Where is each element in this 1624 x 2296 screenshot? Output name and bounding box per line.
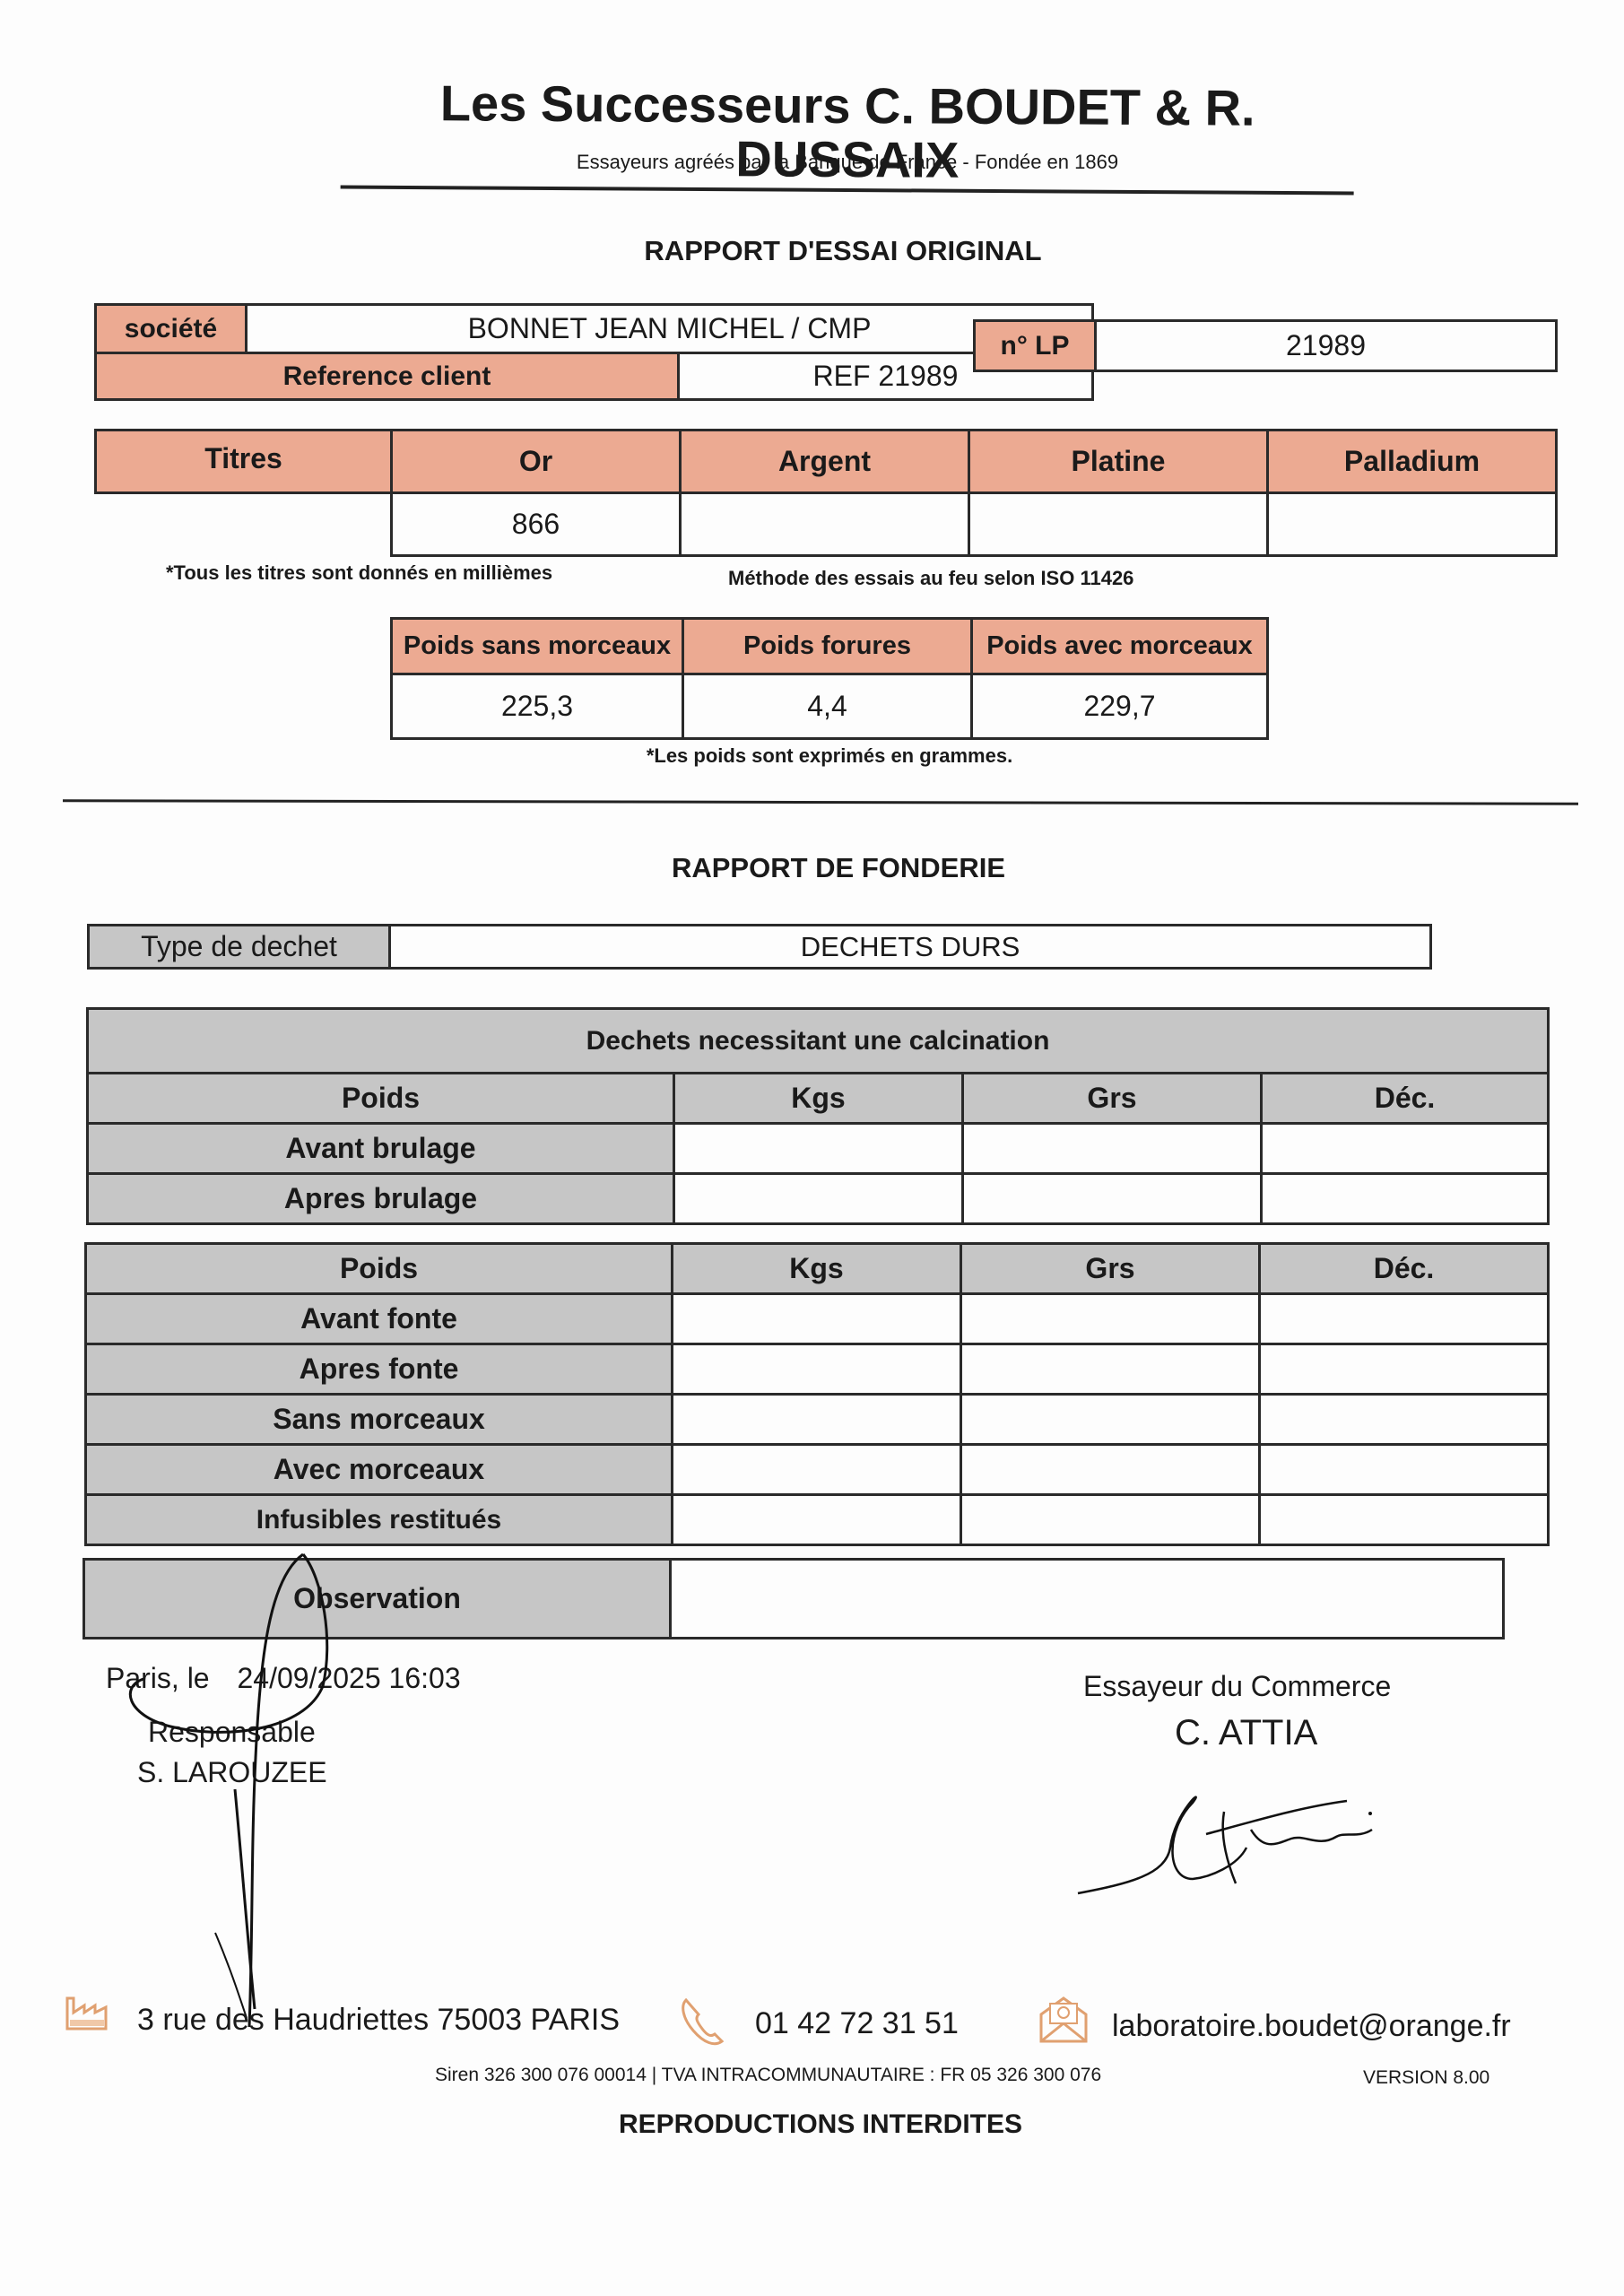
email-icon xyxy=(1036,1991,1091,2047)
phone-icon xyxy=(677,1993,731,2047)
factory-icon xyxy=(63,1993,112,2033)
footer-version: VERSION 8.00 xyxy=(1363,2067,1489,2089)
signature-attia xyxy=(0,0,1624,2296)
footer-legal: Siren 326 300 076 00014 | TVA INTRACOMMU… xyxy=(435,2065,1101,2086)
footer-email[interactable]: laboratoire.boudet@orange.fr xyxy=(1112,2009,1511,2044)
footer-notice: REPRODUCTIONS INTERDITES xyxy=(619,2109,1022,2140)
footer-address: 3 rue des Haudriettes 75003 PARIS xyxy=(137,2003,620,2038)
footer-phone: 01 42 72 31 51 xyxy=(755,2006,959,2041)
